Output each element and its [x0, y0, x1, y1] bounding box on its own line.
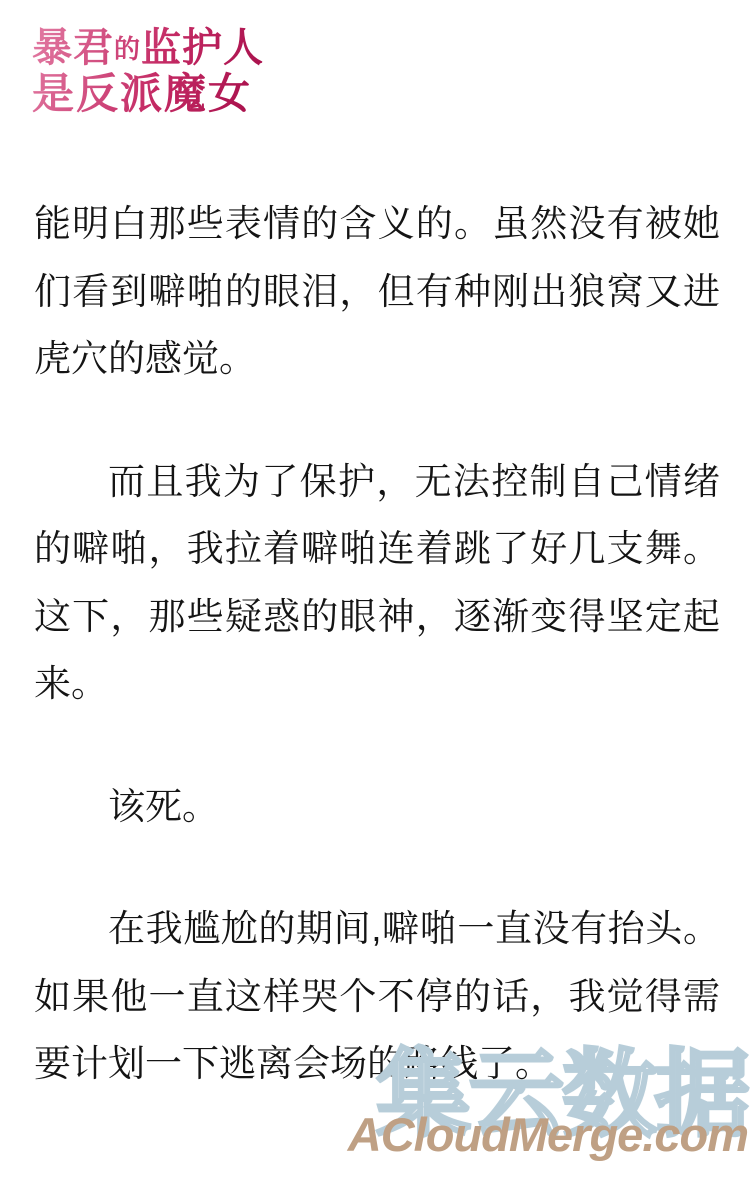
logo-line1-part1: 暴君 — [32, 25, 114, 70]
logo-line1-part2: 的 — [114, 35, 141, 64]
paragraph: 在我尴尬的期间,噼啪一直没有抬头。如果他一直这样哭个不停的话，我觉得需要计划一下… — [34, 895, 720, 1098]
site-logo: 暴君的监护人 是反派魔女 — [32, 26, 264, 119]
paragraph: 能明白那些表情的含义的。虽然没有被她们看到噼啪的眼泪，但有种刚出狼窝又进虎穴的感… — [34, 190, 720, 393]
paragraph: 而且我为了保护，无法控制自己情绪的噼啪，我拉着噼啪连着跳了好几支舞。这下，那些疑… — [34, 448, 720, 718]
paragraph: 该死。 — [34, 773, 720, 841]
logo-line-1: 暴君的监护人 — [32, 26, 264, 71]
logo-line1-part3: 监护人 — [141, 25, 264, 70]
logo-line-2: 是反派魔女 — [32, 72, 264, 119]
page: 暴君的监护人 是反派魔女 能明白那些表情的含义的。虽然没有被她们看到噼啪的眼泪，… — [0, 0, 754, 1191]
chapter-text: 能明白那些表情的含义的。虽然没有被她们看到噼啪的眼泪，但有种刚出狼窝又进虎穴的感… — [34, 190, 720, 1153]
